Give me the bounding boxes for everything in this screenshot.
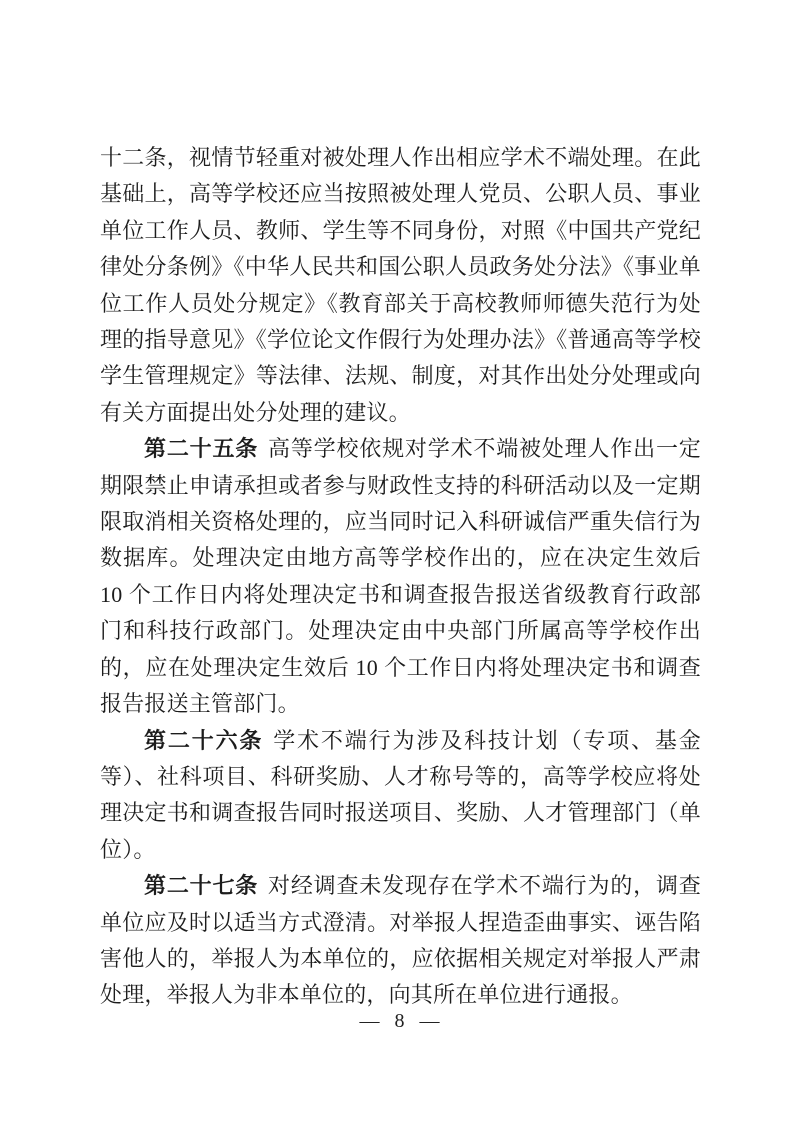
paragraph-text: 十二条，视情节轻重对被处理人作出相应学术不端处理。在此基础上，高等学校还应当按照…: [100, 145, 701, 425]
article-heading: 第二十五条: [144, 436, 258, 461]
article-heading: 第二十六条: [144, 728, 263, 753]
article-heading: 第二十七条: [144, 873, 258, 898]
paragraph-article-25: 第二十五条高等学校依规对学术不端被处理人作出一定期限禁止申请承担或者参与财政性支…: [100, 431, 701, 722]
document-page: 十二条，视情节轻重对被处理人作出相应学术不端处理。在此基础上，高等学校还应当按照…: [0, 0, 793, 1122]
paragraph-article-26: 第二十六条学术不端行为涉及科技计划（专项、基金等）、社科项目、科研奖励、人才称号…: [100, 723, 701, 869]
page-number: — 8 —: [100, 1010, 700, 1033]
paragraph-text: 高等学校依规对学术不端被处理人作出一定期限禁止申请承担或者参与财政性支持的科研活…: [100, 436, 701, 716]
document-body: 十二条，视情节轻重对被处理人作出相应学术不端处理。在此基础上，高等学校还应当按照…: [100, 140, 701, 1014]
paragraph-article-27: 第二十七条对经调查未发现存在学术不端行为的，调查单位应及时以适当方式澄清。对举报…: [100, 868, 701, 1014]
paragraph-continuation: 十二条，视情节轻重对被处理人作出相应学术不端处理。在此基础上，高等学校还应当按照…: [100, 140, 701, 431]
